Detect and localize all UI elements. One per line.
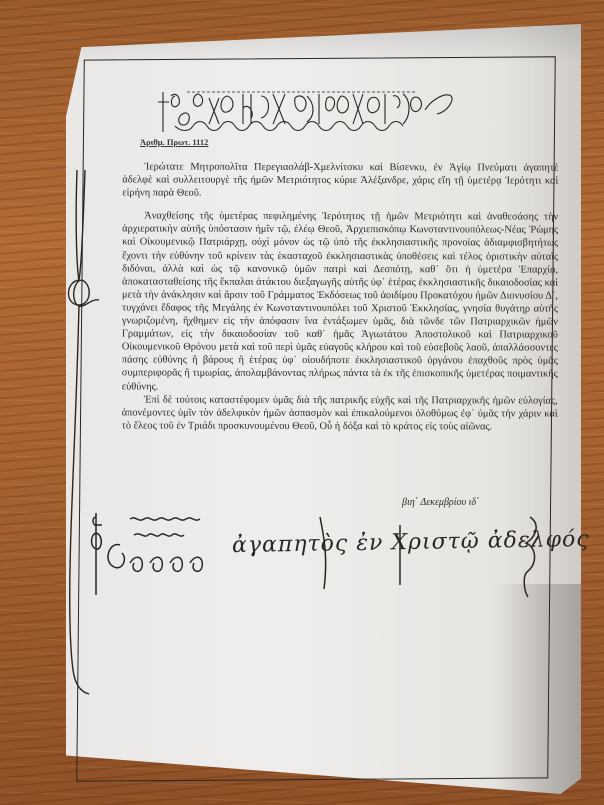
patriarchal-monogram-header [157,88,457,134]
handwritten-margin-bracket [55,170,115,700]
letter-body: Ἱερώτατε Μητροπολῖτα Περεγιασλάβ-Χμελνίτ… [122,160,559,433]
main-paragraph: Ἀναχθείσης τῆς ὑμετέρας πεφιλημένης Ἱερό… [122,210,558,394]
protocol-number: Ἀριθμ. Πρωτ. 1112 [140,137,208,147]
closing-paragraph: Ἐπὶ δὲ τούτοις καταστέφομεν ὑμᾶς διὰ τῆς… [122,393,558,433]
salutation-paragraph: Ἱερώτατε Μητροπολῖτα Περεγιασλάβ-Χμελνίτ… [122,160,558,200]
